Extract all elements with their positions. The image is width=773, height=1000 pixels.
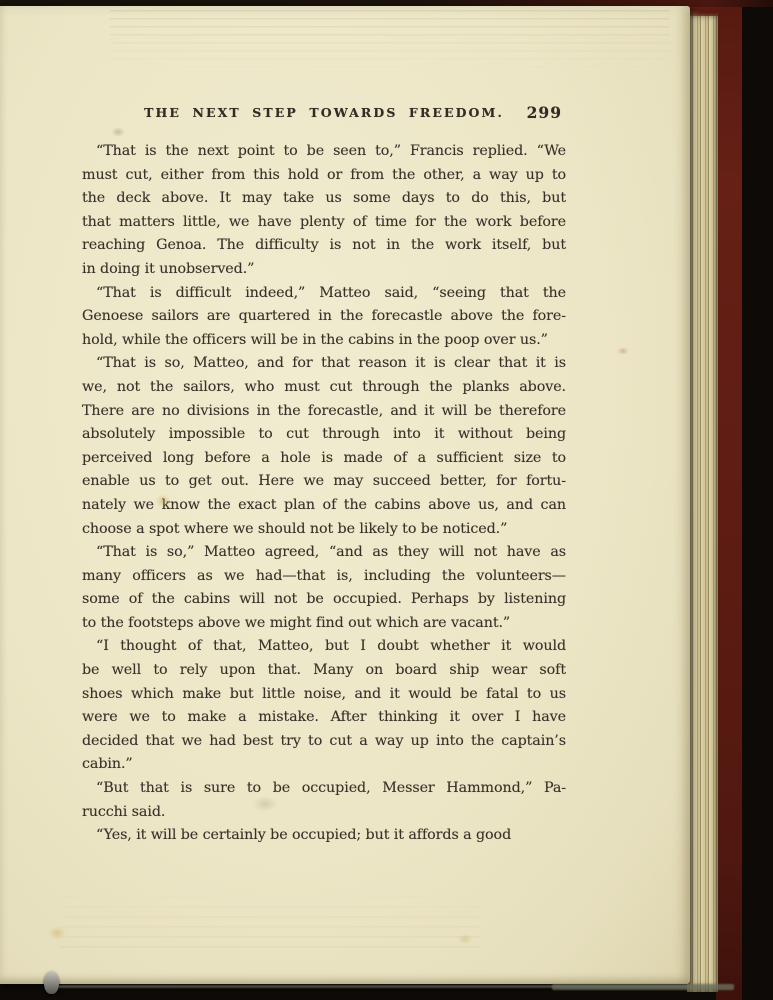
text-line: we, not the sailors, who must cut throug… [82, 376, 566, 400]
text-line: enable us to get out. Here we may succee… [82, 470, 566, 494]
text-line: cabin.” [82, 753, 566, 777]
paragraph: “That is so,” Matteo agreed, “and as the… [82, 541, 566, 635]
text-line: in doing it unobserved.” [82, 258, 566, 282]
text-line: must cut, either from this hold or from … [82, 164, 566, 188]
text-line: decided that we had best try to cut a wa… [82, 730, 566, 754]
text-line: “But that is sure to be occupied, Messer… [82, 777, 566, 801]
text-line: “Yes, it will be certainly be occupied; … [82, 824, 566, 848]
text-line: “That is the next point to be seen to,” … [82, 140, 566, 164]
text-line: reaching Genoa. The difficulty is not in… [82, 234, 566, 258]
text-line: rucchi said. [82, 801, 566, 825]
text-line: were we to make a mistake. After thinkin… [82, 706, 566, 730]
foxing-spot [111, 127, 125, 137]
text-line: choose a spot where we should not be lik… [82, 518, 566, 542]
text-line: that matters little, we have plenty of t… [82, 211, 566, 235]
paragraph: “But that is sure to be occupied, Messer… [82, 777, 566, 824]
text-line: “That is so,” Matteo agreed, “and as the… [82, 541, 566, 565]
text-line: Genoese sailors are quartered in the for… [82, 305, 566, 329]
text-line: many officers as we had—that is, includi… [82, 565, 566, 589]
text-line: be well to rely upon that. Many on board… [82, 659, 566, 683]
paragraph: “That is difficult indeed,” Matteo said,… [82, 282, 566, 353]
text-line: There are no divisions in the forecastle… [82, 400, 566, 424]
text-line: “That is difficult indeed,” Matteo said,… [82, 282, 566, 306]
paragraph: “That is so, Matteo, and for that reason… [82, 352, 566, 541]
page-number: 299 [527, 103, 562, 122]
underlying-page-streaks-top [110, 10, 670, 72]
text-line: absolutely impossible to cut through int… [82, 423, 566, 447]
book-page: THE NEXT STEP TOWARDS FREEDOM. 299 “That… [0, 6, 690, 984]
text-line: “That is so, Matteo, and for that reason… [82, 352, 566, 376]
paragraph: “I thought of that, Matteo, but I doubt … [82, 635, 566, 777]
text-line: the deck above. It may take us some days… [82, 187, 566, 211]
paragraph: “Yes, it will be certainly be occupied; … [82, 824, 566, 848]
paragraph: “That is the next point to be seen to,” … [82, 140, 566, 282]
underlying-page-streaks-bottom [60, 886, 480, 956]
page-header: THE NEXT STEP TOWARDS FREEDOM. 299 [82, 105, 566, 123]
page-fore-edges [687, 10, 718, 992]
running-head-title: THE NEXT STEP TOWARDS FREEDOM. [82, 105, 566, 120]
text-line: perceived long before a hole is made of … [82, 447, 566, 471]
book-scan-photo: THE NEXT STEP TOWARDS FREEDOM. 299 “That… [0, 0, 773, 1000]
page-holder-clip [44, 971, 59, 994]
text-line: “I thought of that, Matteo, but I doubt … [82, 635, 566, 659]
text-line: nately we know the exact plan of the cab… [82, 494, 566, 518]
book-cover-edge [716, 0, 742, 1000]
text-block: “That is the next point to be seen to,” … [82, 140, 566, 848]
text-line: to the footsteps above we might find out… [82, 612, 566, 636]
text-line: hold, while the officers will be in the … [82, 329, 566, 353]
foxing-spot [617, 347, 629, 355]
text-line: some of the cabins will not be occupied.… [82, 588, 566, 612]
bottom-fore-edge-stripe [552, 984, 734, 990]
text-line: shoes which make but little noise, and i… [82, 683, 566, 707]
